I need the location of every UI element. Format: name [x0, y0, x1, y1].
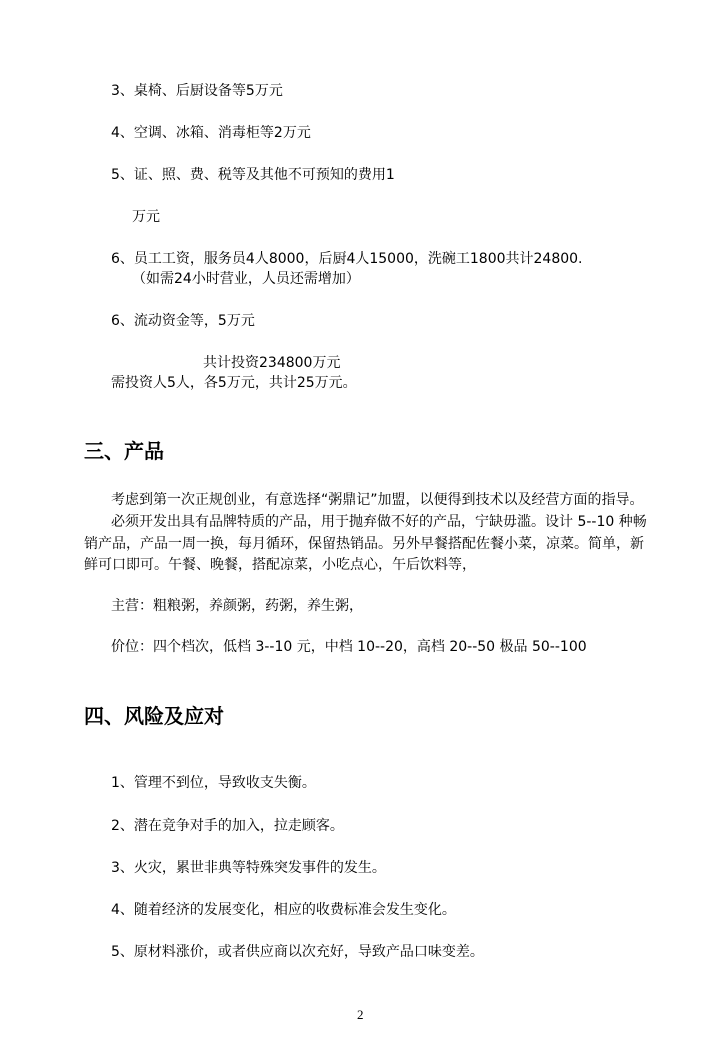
- investors-summary: 需投资人5人，各5万元，共计25万元。: [111, 374, 357, 392]
- main-business: 主营：粗粮粥，养颜粥，药粥，养生粥，: [111, 597, 363, 615]
- page-number: 2: [357, 1007, 364, 1023]
- products-paragraph-2-line-2: 销产品，产品一周一换，每月循环，保留热销品。另外早餐搭配佐餐小菜，凉菜。简单，新: [84, 535, 644, 553]
- risk-item: 5、原材料涨价，或者供应商以次充好，导致产品口味变差。: [111, 943, 484, 961]
- section-heading-products: 三、产品: [84, 438, 164, 464]
- products-paragraph-2-line-3: 鲜可口即可。午餐、晚餐，搭配凉菜，小吃点心，午后饮料等，: [84, 556, 476, 574]
- risk-item: 3、火灾，累世非典等特殊突发事件的发生。: [111, 859, 386, 877]
- risk-item: 2、潜在竞争对手的加入，拉走顾客。: [111, 817, 344, 835]
- investment-item-wages: 6、员工工资，服务员4人8000，后厨4人15000，洗碗工1800共计2480…: [111, 250, 583, 268]
- price-levels: 价位：四个档次，低档 3--10 元，中档 10--20，高档 20--50 极…: [111, 638, 587, 656]
- products-paragraph-1: 考虑到第一次正规创业，有意选择“粥鼎记”加盟，以便得到技术以及经营方面的指导。: [111, 491, 644, 509]
- risk-item: 4、随着经济的发展变化，相应的收费标准会发生变化。: [111, 901, 456, 919]
- investment-item-furniture: 3、桌椅、后厨设备等5万元: [111, 82, 283, 100]
- section-heading-risks: 四、风险及应对: [84, 703, 224, 729]
- risk-item: 1、管理不到位，导致收支失衡。: [111, 774, 316, 792]
- products-paragraph-2-line-1: 必须开发出具有品牌特质的产品，用于抛弃做不好的产品，宁缺毋滥。设计 5--10 …: [111, 513, 647, 531]
- investment-item-fees-cont: 万元: [132, 208, 160, 226]
- total-investment: 共计投资234800万元: [203, 354, 340, 372]
- investment-item-appliances: 4、空调、冰箱、消毒柜等2万元: [111, 124, 311, 142]
- investment-item-working-capital: 6、流动资金等，5万元: [111, 312, 255, 330]
- investment-item-wages-note: （如需24小时营业，人员还需增加）: [132, 270, 360, 288]
- investment-item-fees: 5、证、照、费、税等及其他不可预知的费用1: [111, 166, 395, 184]
